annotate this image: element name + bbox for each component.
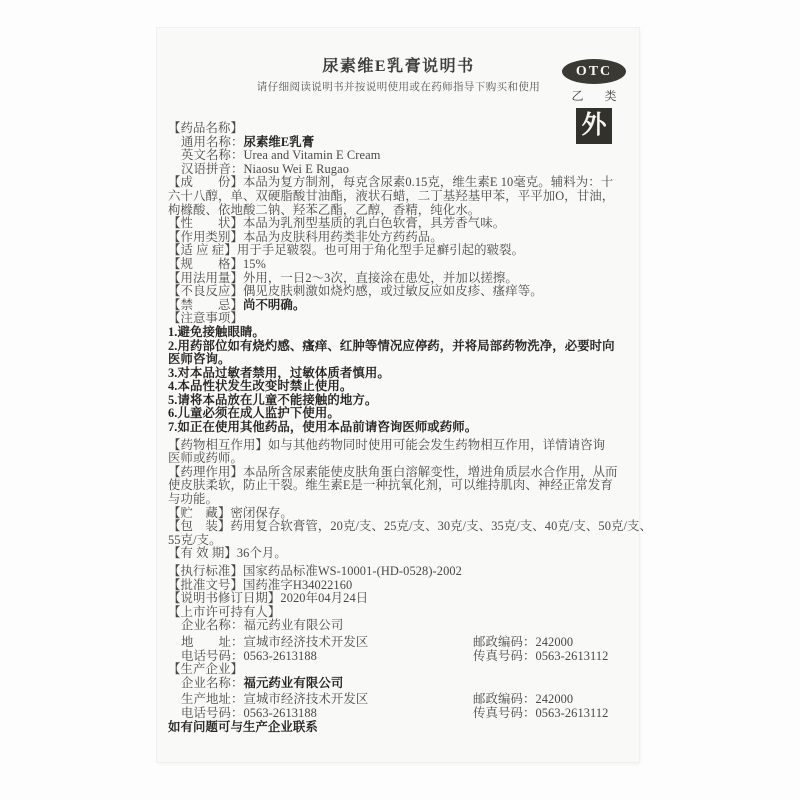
text-line: 7.如正在使用其他药品，使用本品前请咨询医师或药师。 bbox=[168, 421, 629, 435]
text-line: 电话号码：0563-2613188传真号码：0563-2613112 bbox=[168, 707, 629, 721]
text-line: 企业名称：福元药业有限公司 bbox=[168, 677, 629, 691]
insert-body: 【药品名称】通用名称：尿素维E乳膏英文名称：Urea and Vitamin E… bbox=[168, 122, 629, 734]
text-line: 医师或药师。 bbox=[168, 452, 629, 466]
text-line: 【包 装】药用复合软膏管，20克/支、25克/支、30克/支、35克/支、40克… bbox=[168, 520, 629, 534]
text-line-right-column: 邮政编码：242000 bbox=[473, 636, 629, 650]
text-line: 【不良反应】偶见皮肤刺激如烧灼感，或过敏反应如皮疹、瘙痒等。 bbox=[168, 285, 629, 299]
package-insert-page: 尿素维E乳膏说明书 请仔细阅读说明书并按说明使用或在药师指导下购买和使用 OTC… bbox=[157, 28, 639, 762]
text-line: 英文名称：Urea and Vitamin E Cream bbox=[168, 149, 629, 163]
text-line-right-column: 传真号码：0563-2613112 bbox=[473, 707, 629, 721]
text-line: 【规 格】15% bbox=[168, 258, 629, 272]
otc-badge-group: OTC 乙 类 外 bbox=[558, 59, 630, 144]
text-line: 【执行标准】国家药品标准WS-10001-(HD-0528)-2002 bbox=[168, 565, 629, 579]
text-line: 4.本品性状发生改变时禁止使用。 bbox=[168, 380, 629, 394]
text-line-right-column: 传真号码：0563-2613112 bbox=[473, 650, 629, 664]
insert-content: 尿素维E乳膏说明书 请仔细阅读说明书并按说明使用或在药师指导下购买和使用 OTC… bbox=[157, 28, 639, 762]
text-line: 使皮肤柔软，防止干裂。维生素E是一种抗氧化剂，可以维持肌肉、神经正常发育 bbox=[168, 479, 629, 493]
text-line: 地 址：宣城市经济技术开发区邮政编码：242000 bbox=[168, 636, 629, 650]
text-line: 【生产企业】 bbox=[168, 663, 629, 677]
text-line: 2.用药部位如有烧灼感、瘙痒、红肿等情况应停药，并将局部药物洗净，必要时向 bbox=[168, 340, 629, 354]
external-use-icon: 外 bbox=[576, 108, 612, 144]
text-line: 生产地址：宣城市经济技术开发区邮政编码：242000 bbox=[168, 693, 629, 707]
text-line: 1.避免接触眼睛。 bbox=[168, 326, 629, 340]
text-line: 【适 应 症】用于手足皲裂。也可用于角化型手足癣引起的皲裂。 bbox=[168, 244, 629, 258]
text-line: 【性 状】本品为乳剂型基质的乳白色软膏，具芳香气味。 bbox=[168, 217, 629, 231]
otc-badge-icon: OTC bbox=[562, 59, 626, 84]
text-line-right-column: 邮政编码：242000 bbox=[473, 693, 629, 707]
text-line: 【注意事项】 bbox=[168, 312, 629, 326]
text-line: 企业名称：福元药业有限公司 bbox=[168, 619, 629, 633]
text-line: 【有 效 期】36个月。 bbox=[168, 547, 629, 561]
text-line: 六十八醇，单、双硬脂酸甘油酯，液状石蜡，二丁基羟基甲苯，平平加O，甘油， bbox=[168, 190, 629, 204]
text-line: 医师咨询。 bbox=[168, 353, 629, 367]
text-line: 【说明书修订日期】2020年04月24日 bbox=[168, 592, 629, 606]
text-line: 【成 份】本品为复方制剂，每克含尿素0.15克，维生素E 10毫克。辅料为：十 bbox=[168, 176, 629, 190]
text-line: 如有问题可与生产企业联系 bbox=[168, 721, 629, 735]
otc-class-label: 乙 类 bbox=[562, 87, 625, 104]
text-line: 与功能。 bbox=[168, 493, 629, 507]
